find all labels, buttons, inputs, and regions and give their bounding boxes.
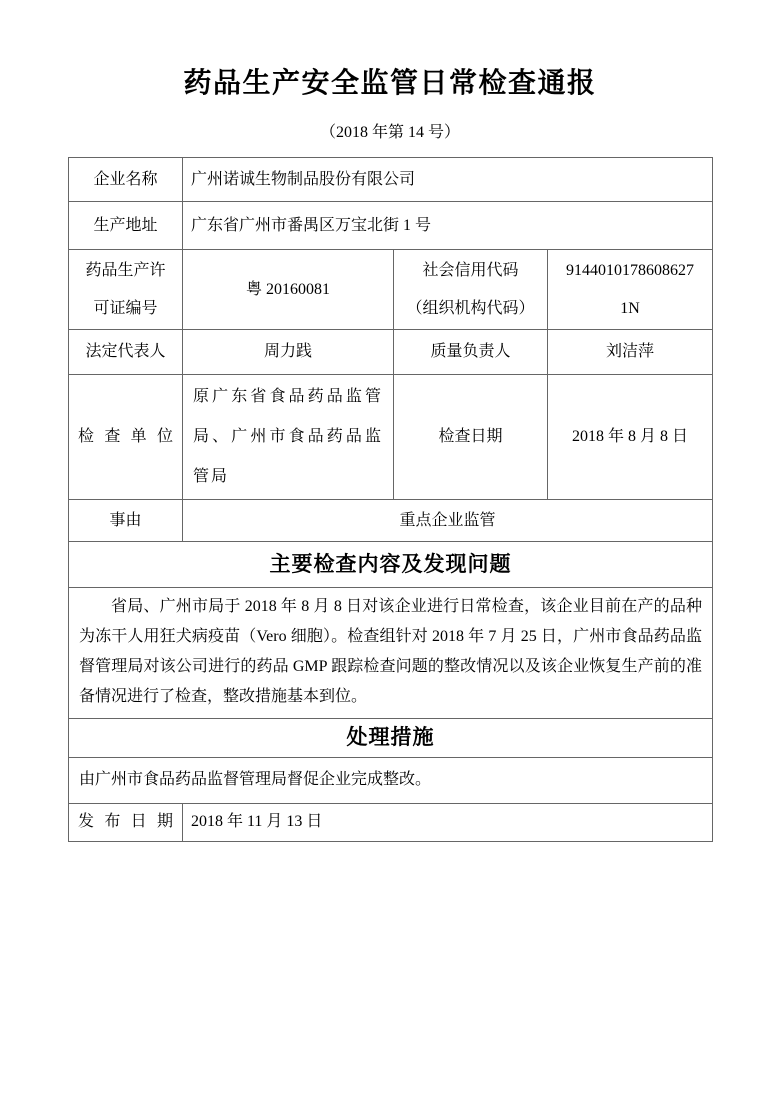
inspection-date-value: 2018 年 8 月 8 日 bbox=[548, 375, 713, 500]
findings-heading: 主要检查内容及发现问题 bbox=[69, 542, 713, 588]
table-row-reason: 事由 重点企业监管 bbox=[69, 500, 713, 542]
publish-date-label: 发布日期 bbox=[69, 803, 183, 841]
license-number-label: 药品生产许可证编号 bbox=[69, 250, 183, 330]
publish-date-value: 2018 年 11 月 13 日 bbox=[183, 803, 713, 841]
document-title: 药品生产安全监管日常检查通报 bbox=[68, 66, 712, 100]
production-address-label: 生产地址 bbox=[69, 202, 183, 250]
findings-body: 省局、广州市局于 2018 年 8 月 8 日对该企业进行日常检查，该企业目前在… bbox=[69, 588, 713, 719]
inspection-date-label: 检查日期 bbox=[394, 375, 548, 500]
table-row-inspection: 检查单位 原广东省食品药品监管局、广州市食品药品监管局 检查日期 2018 年 … bbox=[69, 375, 713, 500]
legal-representative-value: 周力践 bbox=[183, 330, 394, 375]
credit-code-value: 9144010178608627 1N bbox=[548, 250, 713, 330]
table-row-measures-body: 由广州市食品药品监督管理局督促企业完成整改。 bbox=[69, 757, 713, 803]
table-row-publish-date: 发布日期 2018 年 11 月 13 日 bbox=[69, 803, 713, 841]
legal-representative-label: 法定代表人 bbox=[69, 330, 183, 375]
credit-code-label: 社会信用代码 （组织机构代码） bbox=[394, 250, 548, 330]
issue-number: （2018 年第 14 号） bbox=[68, 124, 712, 142]
page-container: 药品生产安全监管日常检查通报 （2018 年第 14 号） 企业名称 广州诺诚生… bbox=[0, 0, 780, 1103]
inspection-unit-label: 检查单位 bbox=[69, 375, 183, 500]
company-name-value: 广州诺诚生物制品股份有限公司 bbox=[183, 158, 713, 202]
table-row-findings-heading: 主要检查内容及发现问题 bbox=[69, 542, 713, 588]
reason-label: 事由 bbox=[69, 500, 183, 542]
inspection-unit-value: 原广东省食品药品监管局、广州市食品药品监管局 bbox=[183, 375, 394, 500]
table-row-representatives: 法定代表人 周力践 质量负责人 刘洁萍 bbox=[69, 330, 713, 375]
table-row-findings-body: 省局、广州市局于 2018 年 8 月 8 日对该企业进行日常检查，该企业目前在… bbox=[69, 588, 713, 719]
quality-director-label: 质量负责人 bbox=[394, 330, 548, 375]
measures-body: 由广州市食品药品监督管理局督促企业完成整改。 bbox=[69, 757, 713, 803]
table-row-address: 生产地址 广东省广州市番禺区万宝北街 1 号 bbox=[69, 202, 713, 250]
table-row-company: 企业名称 广州诺诚生物制品股份有限公司 bbox=[69, 158, 713, 202]
inspection-report-table: 企业名称 广州诺诚生物制品股份有限公司 生产地址 广东省广州市番禺区万宝北街 1… bbox=[68, 157, 713, 842]
measures-heading: 处理措施 bbox=[69, 719, 713, 758]
license-number-value: 粤 20160081 bbox=[183, 250, 394, 330]
company-name-label: 企业名称 bbox=[69, 158, 183, 202]
production-address-value: 广东省广州市番禺区万宝北街 1 号 bbox=[183, 202, 713, 250]
table-row-measures-heading: 处理措施 bbox=[69, 719, 713, 758]
quality-director-value: 刘洁萍 bbox=[548, 330, 713, 375]
table-row-license: 药品生产许可证编号 粤 20160081 社会信用代码 （组织机构代码） 914… bbox=[69, 250, 713, 330]
reason-value: 重点企业监管 bbox=[183, 500, 713, 542]
